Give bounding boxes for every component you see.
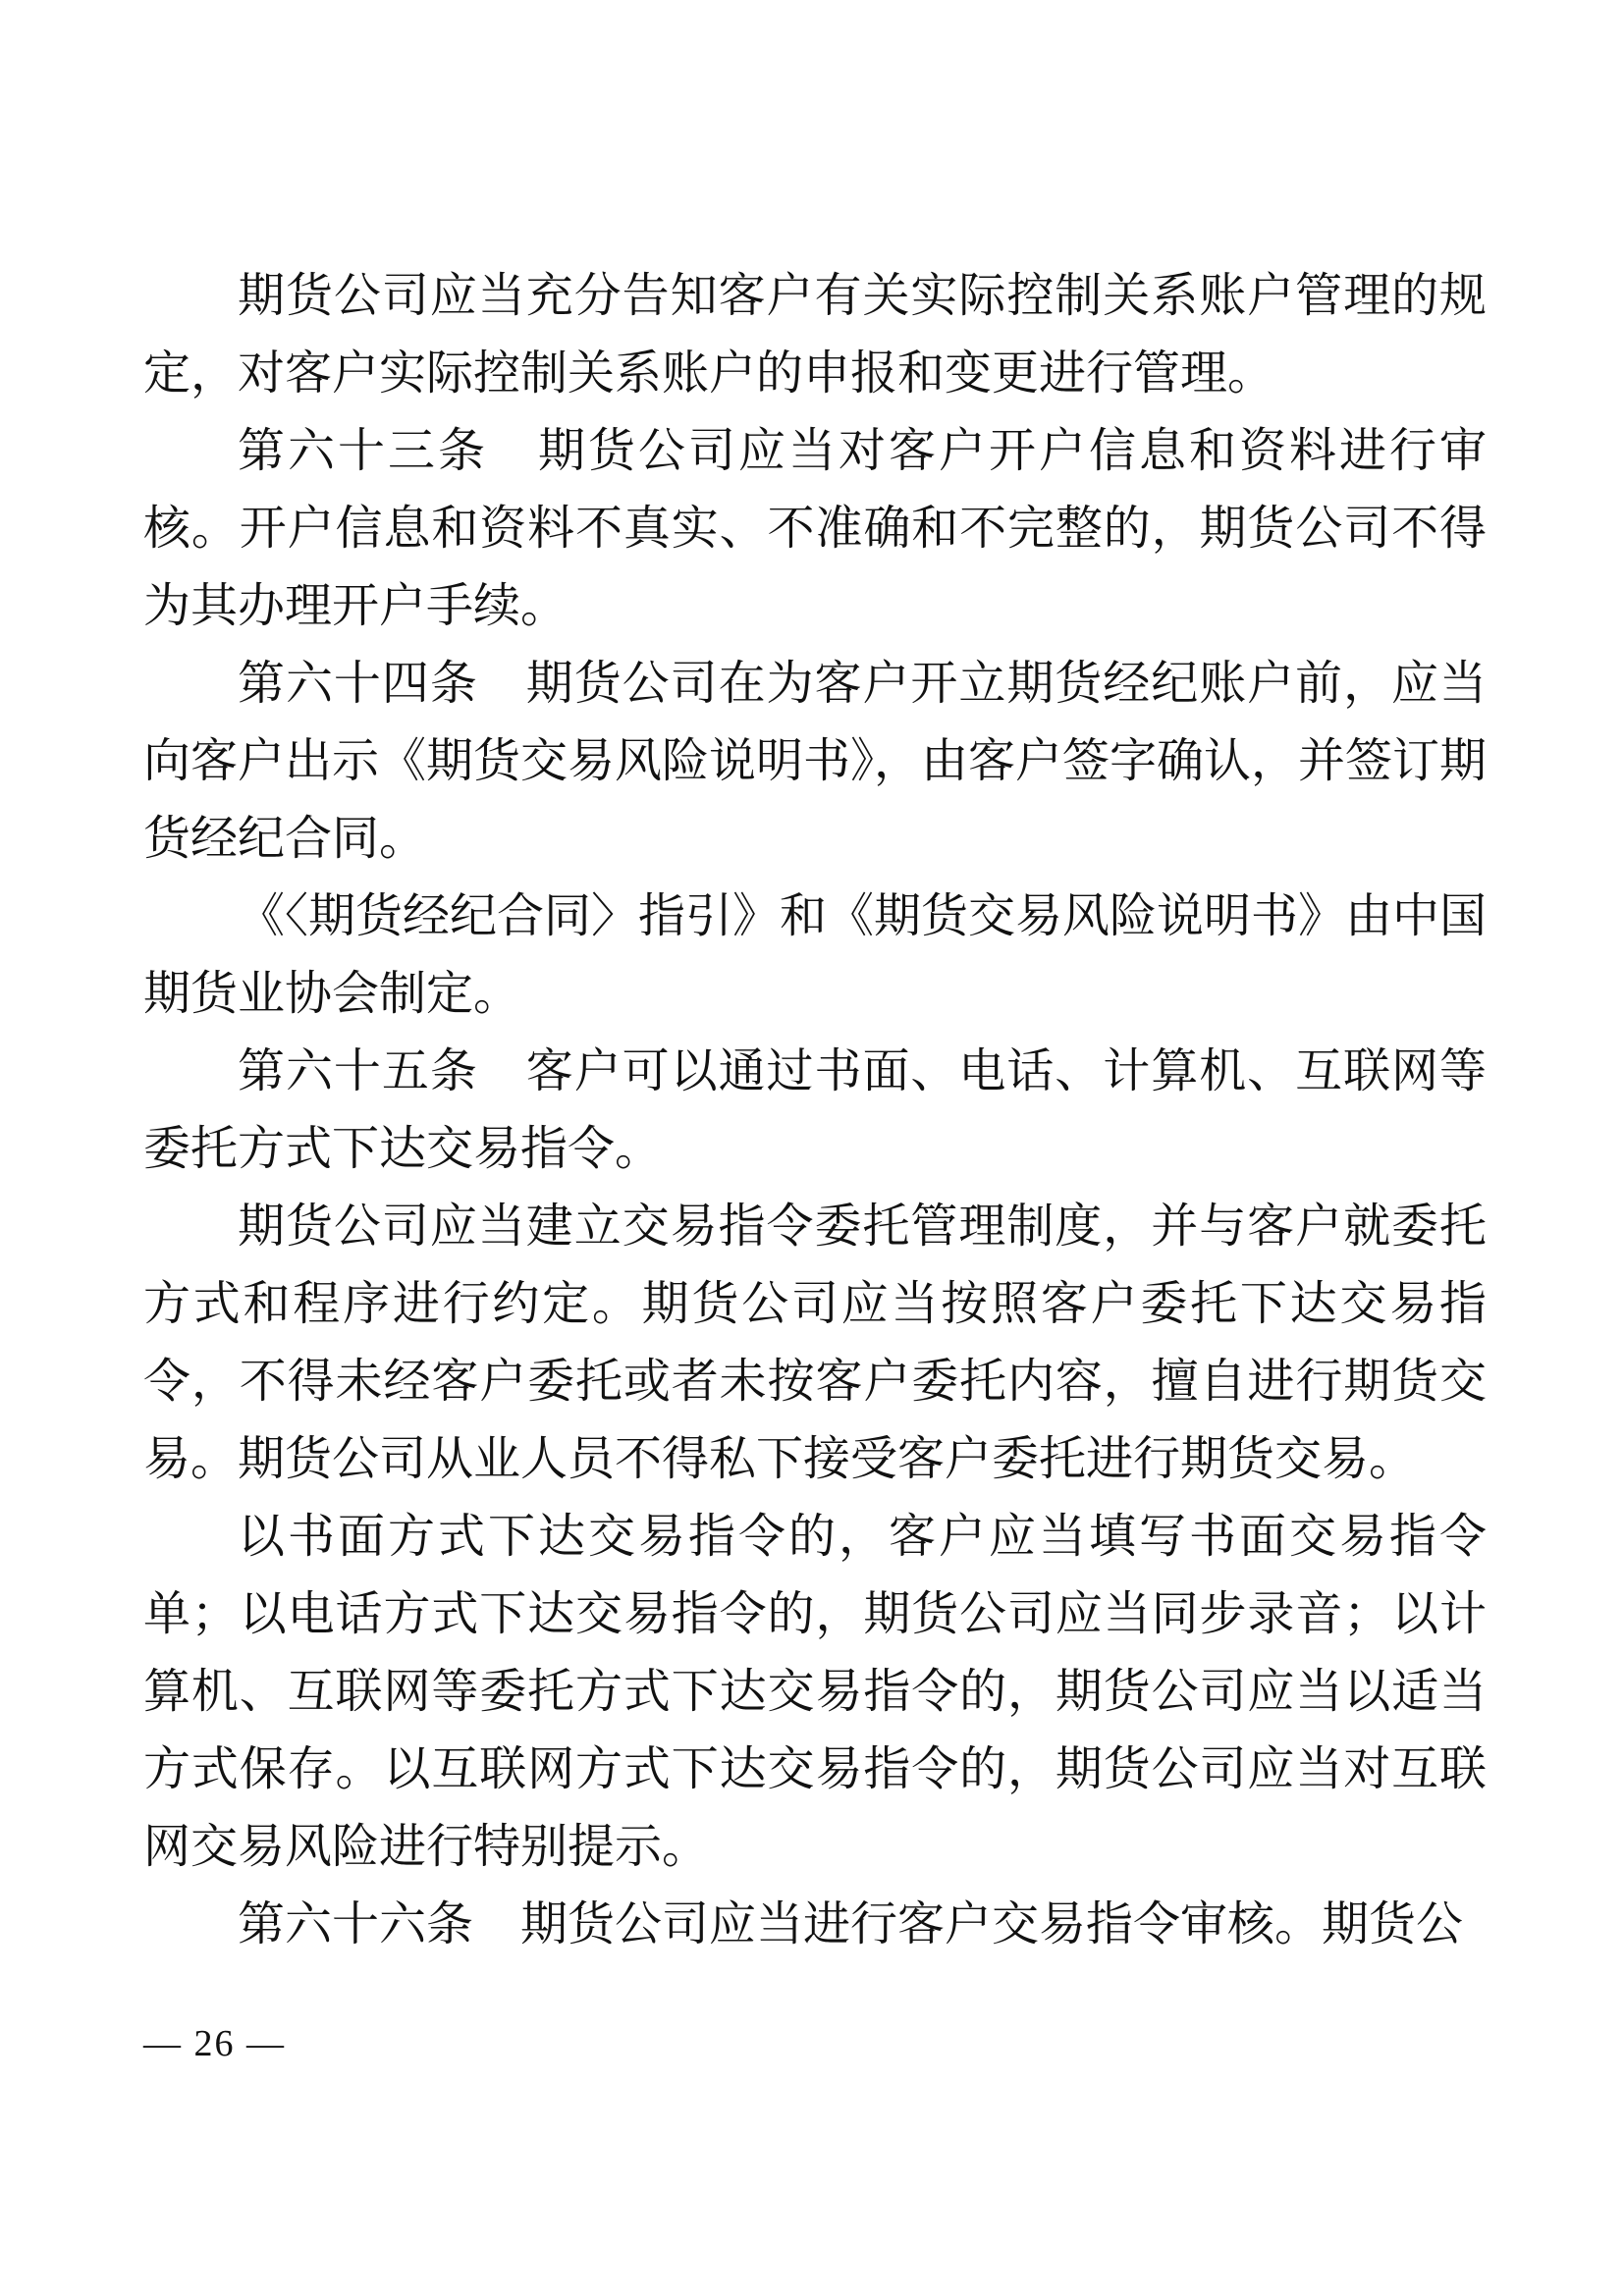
- body-text: 期货公司应当充分告知客户有关实际控制关系账户管理的规定，对客户实际控制关系账户的…: [143, 257, 1487, 1963]
- paragraph-article-63: 第六十三条 期货公司应当对客户开户信息和资料进行审核。开户信息和资料不真实、不准…: [143, 412, 1487, 645]
- paragraph-order-delegation-rules: 期货公司应当建立交易指令委托管理制度，并与客户就委托方式和程序进行约定。期货公司…: [143, 1188, 1487, 1498]
- paragraph-intro-account-management: 期货公司应当充分告知客户有关实际控制关系账户管理的规定，对客户实际控制关系账户的…: [143, 257, 1487, 412]
- paragraph-article-64: 第六十四条 期货公司在为客户开立期货经纪账户前，应当向客户出示《期货交易风险说明…: [143, 645, 1487, 878]
- document-page: 期货公司应当充分告知客户有关实际控制关系账户管理的规定，对客户实际控制关系账户的…: [0, 0, 1624, 2296]
- paragraph-order-methods-recording: 以书面方式下达交易指令的，客户应当填写书面交易指令单；以电话方式下达交易指令的，…: [143, 1498, 1487, 1886]
- paragraph-article-65: 第六十五条 客户可以通过书面、电话、计算机、互联网等委托方式下达交易指令。: [143, 1033, 1487, 1188]
- paragraph-article-66: 第六十六条 期货公司应当进行客户交易指令审核。期货公: [143, 1886, 1487, 1963]
- page-number: — 26 —: [143, 2020, 286, 2067]
- paragraph-guideline-issuer: 《〈期货经纪合同〉指引》和《期货交易风险说明书》由中国期货业协会制定。: [143, 878, 1487, 1033]
